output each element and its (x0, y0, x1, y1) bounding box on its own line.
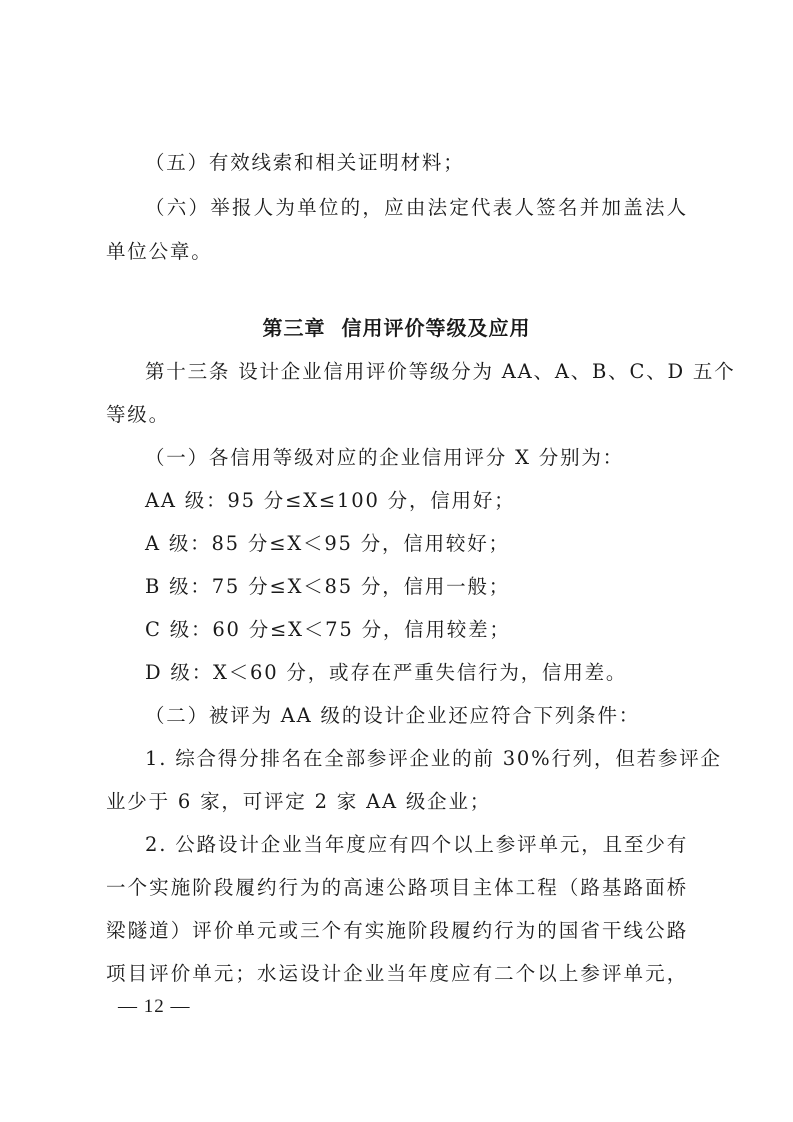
subsection-2-title: （二）被评为 AA 级的设计企业还应符合下列条件： (145, 704, 727, 728)
article-13-line-2: 等级。 (106, 403, 688, 427)
condition-2-line-1: 2. 公路设计企业当年度应有四个以上参评单元，且至少有 (145, 833, 688, 857)
grade-aa: AA 级：95 分≤X≤100 分，信用好； (145, 489, 727, 513)
grade-c: C 级：60 分≤X＜75 分，信用较差； (145, 618, 727, 642)
condition-2-line-3: 梁隧道）评价单元或三个有实施阶段履约行为的国省干线公路 (106, 919, 688, 943)
page-number: — 12 — (118, 995, 191, 1019)
paragraph-item-6-line-1: （六）举报人为单位的，应由法定代表人签名并加盖法人 (145, 196, 688, 220)
grade-d: D 级：X＜60 分，或存在严重失信行为，信用差。 (145, 661, 727, 685)
paragraph-item-6-line-2: 单位公章。 (106, 240, 688, 264)
grade-b: B 级：75 分≤X＜85 分，信用一般； (145, 575, 727, 599)
condition-2-line-2: 一个实施阶段履约行为的高速公路项目主体工程（路基路面桥 (106, 876, 688, 900)
article-13-line-1: 第十三条 设计企业信用评价等级分为 AA、A、B、C、D 五个 (145, 360, 688, 384)
grade-a: A 级：85 分≤X＜95 分，信用较好； (145, 532, 727, 556)
paragraph-item-5: （五）有效线索和相关证明材料； (145, 151, 727, 175)
condition-2-line-4: 项目评价单元；水运设计企业当年度应有二个以上参评单元， (106, 962, 688, 986)
condition-1-line-1: 1. 综合得分排名在全部参评企业的前 30%行列，但若参评企 (145, 747, 688, 771)
chapter-title: 信用评价等级及应用 (342, 316, 531, 340)
subsection-1-title: （一）各信用等级对应的企业信用评分 X 分别为： (145, 446, 727, 470)
chapter-heading: 第三章信用评价等级及应用 (0, 316, 793, 340)
condition-1-line-2: 业少于 6 家，可评定 2 家 AA 级企业； (106, 790, 688, 814)
chapter-number: 第三章 (263, 316, 326, 340)
